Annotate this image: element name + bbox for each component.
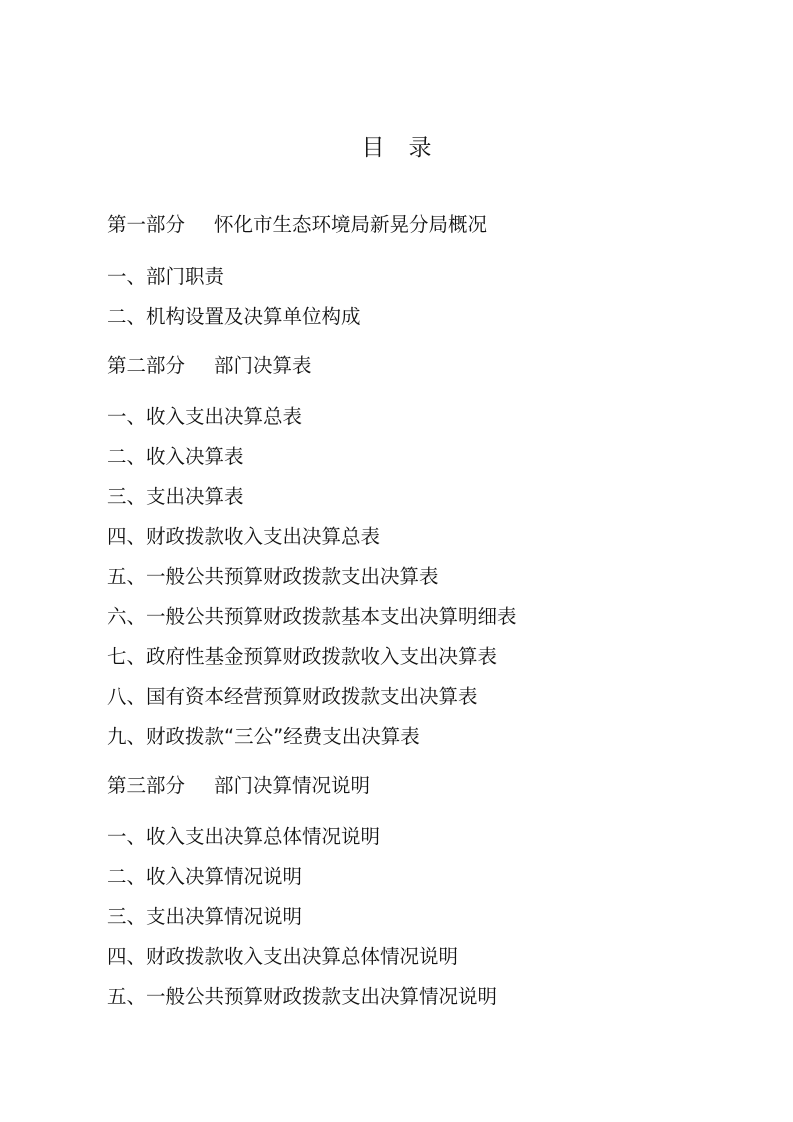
part-label: 第二部分	[107, 353, 214, 379]
toc-item[interactable]: 一、收入支出决算总体情况说明	[107, 824, 380, 850]
part-title: 怀化市生态环境局新晃分局概况	[214, 213, 487, 236]
toc-part-3[interactable]: 第三部分部门决算情况说明	[107, 773, 370, 799]
toc-item[interactable]: 九、财政拨款“三公”经费支出决算表	[107, 724, 420, 750]
toc-title: 目录	[0, 133, 793, 163]
toc-title-char: 录	[409, 135, 432, 161]
part-label: 第三部分	[107, 773, 214, 799]
toc-item[interactable]: 五、一般公共预算财政拨款支出决算情况说明	[107, 984, 497, 1010]
toc-item[interactable]: 二、收入决算情况说明	[107, 864, 302, 890]
toc-item[interactable]: 四、财政拨款收入支出决算总表	[107, 524, 380, 550]
toc-item[interactable]: 四、财政拨款收入支出决算总体情况说明	[107, 944, 458, 970]
toc-item[interactable]: 八、国有资本经营预算财政拨款支出决算表	[107, 684, 478, 710]
toc-item[interactable]: 六、一般公共预算财政拨款基本支出决算明细表	[107, 604, 517, 630]
toc-item[interactable]: 三、支出决算表	[107, 484, 244, 510]
part-title: 部门决算表	[214, 354, 312, 377]
toc-part-1[interactable]: 第一部分怀化市生态环境局新晃分局概况	[107, 212, 487, 238]
toc-item[interactable]: 一、收入支出决算总表	[107, 404, 302, 430]
document-page: 目录 第一部分怀化市生态环境局新晃分局概况 一、部门职责 二、机构设置及决算单位…	[0, 0, 793, 1122]
toc-item[interactable]: 五、一般公共预算财政拨款支出决算表	[107, 564, 439, 590]
toc-item[interactable]: 七、政府性基金预算财政拨款收入支出决算表	[107, 644, 497, 670]
part-title: 部门决算情况说明	[214, 774, 370, 797]
toc-item[interactable]: 一、部门职责	[107, 264, 224, 290]
toc-part-2[interactable]: 第二部分部门决算表	[107, 353, 312, 379]
toc-item[interactable]: 二、收入决算表	[107, 444, 244, 470]
toc-item[interactable]: 三、支出决算情况说明	[107, 904, 302, 930]
toc-title-char: 目	[362, 135, 385, 161]
toc-item[interactable]: 二、机构设置及决算单位构成	[107, 304, 361, 330]
part-label: 第一部分	[107, 212, 214, 238]
